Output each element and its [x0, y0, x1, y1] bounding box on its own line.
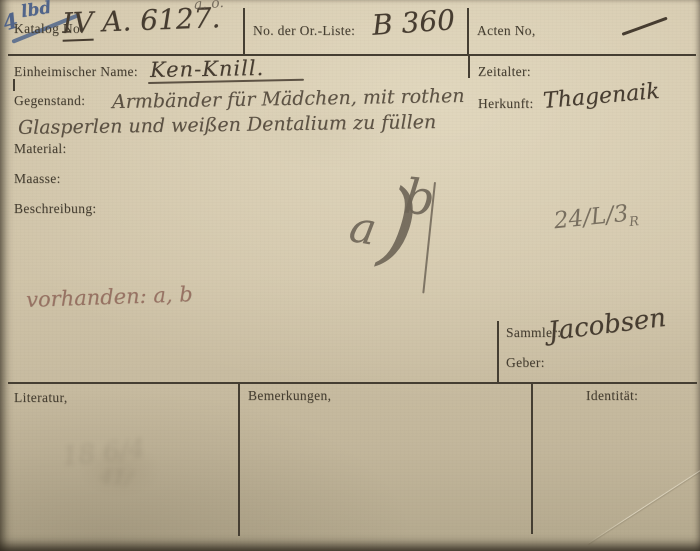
orliste-value: B 360: [371, 3, 456, 42]
pencil-item-a: a: [346, 201, 381, 256]
gegenstand-value-line2: Glasperlen und weißen Dentalium zu fülle…: [18, 111, 436, 139]
inventory-code-main: 24/L/3: [553, 201, 630, 235]
acten-slash-mark: [622, 17, 668, 36]
inventory-code-sub: R: [628, 214, 639, 230]
paper-crease: [588, 456, 700, 544]
maasse-label: Maasse:: [14, 171, 61, 187]
catalog-card: 4 lbd Katalog No. IV A. 6127. a. o. No. …: [0, 0, 700, 551]
pencil-note-ao: a. o.: [193, 0, 224, 13]
top-divider-1: [243, 8, 245, 54]
identitaet-label: Identität:: [586, 388, 638, 404]
bottom-divider-1: [238, 384, 240, 536]
gegenstand-value-line1: Armbänder für Mädchen, mit rothen: [112, 85, 465, 113]
blue-crayon-mark: lbd: [20, 0, 53, 22]
ghost-show-through-writing-2: 41/: [99, 464, 133, 490]
beschreibung-label: Beschreibung:: [14, 201, 97, 217]
geber-label: Geber:: [506, 355, 545, 371]
material-label: Material:: [14, 141, 67, 157]
bemerkungen-label: Bemerkungen,: [248, 388, 331, 404]
herkunft-label: Herkunft:: [478, 96, 534, 112]
herkunft-value: Thagenaik: [542, 79, 660, 114]
pencil-inventory-code: 24/L/3R: [553, 200, 640, 238]
vorhanden-note: vorhanden: a, b: [26, 282, 193, 312]
top-divider-2-extension: [468, 56, 470, 78]
bottom-rule: [8, 382, 697, 384]
einheimischer-name-label: Einheimischer Name:: [14, 64, 138, 80]
top-divider-2: [467, 8, 469, 54]
sammler-box-divider: [497, 321, 499, 383]
gegenstand-label: Gegenstand:: [14, 93, 85, 109]
literatur-label: Literatur,: [14, 390, 68, 406]
bottom-divider-2: [531, 384, 533, 534]
katalog-roman-numeral: IV: [61, 6, 93, 42]
top-rule: [8, 54, 696, 56]
zeitalter-label: Zeitalter:: [478, 64, 531, 80]
orliste-label: No. der Or.-Liste:: [253, 23, 355, 39]
einheimischer-name-value: Ken-Knill.: [150, 56, 265, 82]
sammler-value: Jacobsen: [547, 303, 668, 347]
gegenstand-tick: [13, 79, 15, 91]
acten-no-label: Acten No,: [477, 23, 536, 39]
